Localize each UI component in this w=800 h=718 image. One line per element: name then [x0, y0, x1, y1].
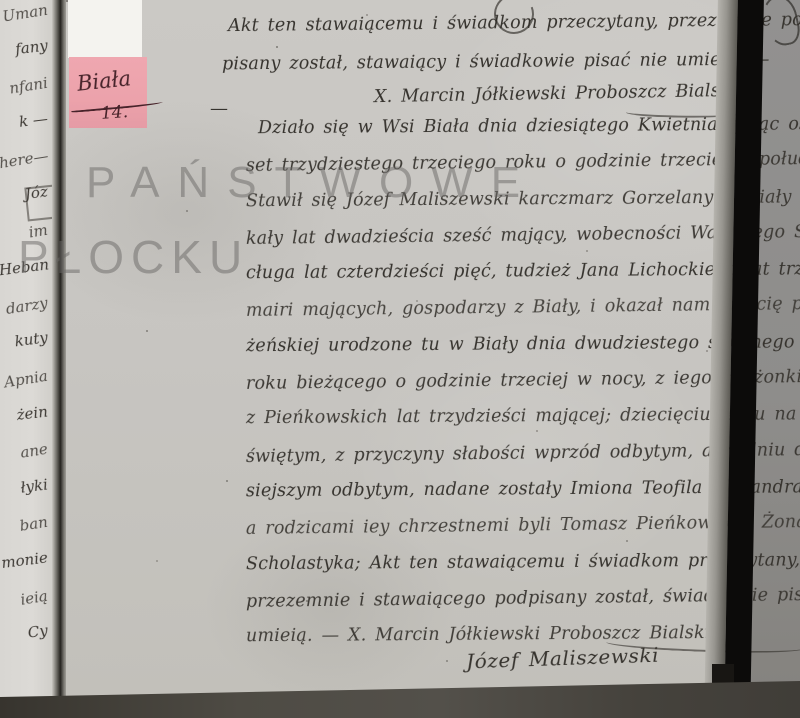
archive-label: Biała 14. [69, 57, 147, 128]
archive-label-place: Biała [76, 66, 132, 96]
ink-flourish [488, 0, 541, 40]
margin-text-fragment: kuty [0, 328, 56, 371]
previous-act-priest-signature: X. Marcin Jółkiewski Proboszcz Bialski [374, 81, 737, 107]
margin-text-fragment: monie [0, 548, 56, 591]
act-margin-dash: — [210, 98, 228, 119]
adjacent-page-strip: Umanfanynfanik —here—JózimHebandarzykuty… [0, 0, 54, 706]
label-white-strip [68, 0, 142, 58]
margin-text-fragment: łyki [0, 475, 56, 518]
margin-text-fragment: Cy [0, 621, 56, 664]
document-scan: Umanfanynfanik —here—JózimHebandarzykuty… [0, 0, 800, 718]
archive-label-number: 14. [100, 102, 128, 124]
margin-text-fragment: Heban [0, 255, 56, 298]
margin-text-fragment: fany [0, 35, 56, 78]
margin-text-fragment: żein [0, 401, 56, 444]
margin-text-fragment: k — [0, 109, 56, 152]
previous-act-line-2: pisany został, stawaiący i świadkowie pi… [222, 50, 770, 75]
adjacent-page-fragments: Umanfanynfanik —here—JózimHebandarzykuty… [0, 2, 54, 661]
register-page: Biała 14. Akt ten stawaiącemu i świadkom… [66, 0, 726, 706]
